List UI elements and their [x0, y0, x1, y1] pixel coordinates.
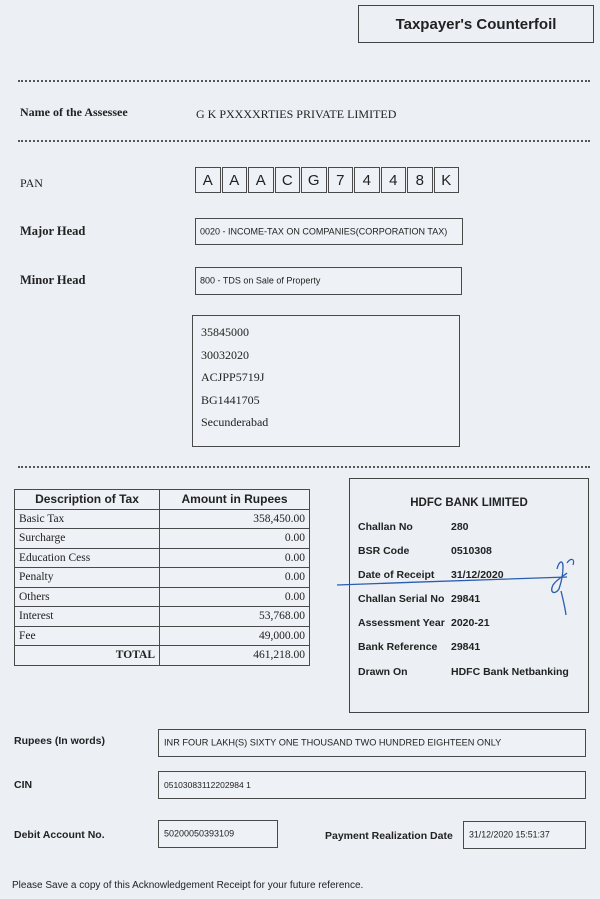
pan-char: 4	[381, 167, 407, 193]
pan-char: 8	[407, 167, 433, 193]
bank-row-key: Drawn On	[358, 666, 451, 678]
tax-table-header-row: Description of Tax Amount in Rupees	[15, 490, 310, 510]
tax-amount: 358,450.00	[160, 509, 310, 529]
tax-amount: 53,768.00	[160, 607, 310, 627]
payment-realization-label: Payment Realization Date	[325, 830, 453, 842]
pan-char: A	[222, 167, 248, 193]
tax-desc: Surcharge	[15, 529, 160, 549]
assessee-label: Name of the Assessee	[20, 105, 128, 120]
total-label: TOTAL	[15, 646, 160, 666]
total-amount: 461,218.00	[160, 646, 310, 666]
pan-label: PAN	[20, 176, 43, 191]
table-row: Interest53,768.00	[15, 607, 310, 627]
dotted-divider	[18, 140, 590, 142]
assessee-name: G K PXXXXRTIES PRIVATE LIMITED	[196, 107, 396, 122]
pan-char: G	[301, 167, 327, 193]
table-row: Fee49,000.00	[15, 626, 310, 646]
table-row: Basic Tax358,450.00	[15, 509, 310, 529]
pan-char: A	[248, 167, 274, 193]
rupees-in-words-field: INR FOUR LAKH(S) SIXTY ONE THOUSAND TWO …	[158, 729, 586, 757]
cin-value: 05103083112202984 1	[159, 781, 251, 790]
table-row: Others0.00	[15, 587, 310, 607]
bank-row-key: Challan No	[358, 521, 451, 533]
pan-char: 4	[354, 167, 380, 193]
cin-field: 05103083112202984 1	[158, 771, 586, 799]
debit-account-field: 50200050393109	[158, 820, 278, 848]
bank-row-value: 29841	[451, 641, 480, 653]
pan-char: C	[275, 167, 301, 193]
header-description: Description of Tax	[15, 490, 160, 510]
bank-row: Drawn OnHDFC Bank Netbanking	[358, 666, 569, 678]
table-row: Penalty0.00	[15, 568, 310, 588]
pan-char: 7	[328, 167, 354, 193]
bank-row-value: 280	[451, 521, 469, 533]
rupees-in-words-value: INR FOUR LAKH(S) SIXTY ONE THOUSAND TWO …	[159, 738, 501, 747]
payment-realization-value: 31/12/2020 15:51:37	[464, 831, 550, 840]
counterfoil-title: Taxpayer's Counterfoil	[396, 16, 557, 33]
tax-desc: Penalty	[15, 568, 160, 588]
major-head-value: 0020 - INCOME-TAX ON COMPANIES(CORPORATI…	[196, 227, 447, 236]
major-head-label: Major Head	[20, 224, 85, 239]
tax-desc: Fee	[15, 626, 160, 646]
address-line: BG1441705	[201, 389, 459, 412]
minor-head-label: Minor Head	[20, 273, 85, 288]
debit-account-value: 50200050393109	[159, 830, 234, 839]
tax-desc: Basic Tax	[15, 509, 160, 529]
bank-row-key: Bank Reference	[358, 641, 451, 653]
address-box: 35845000 30032020 ACJPP5719J BG1441705 S…	[192, 315, 460, 447]
rupees-in-words-label: Rupees (In words)	[14, 735, 105, 747]
address-line: Secunderabad	[201, 411, 459, 434]
minor-head-value: 800 - TDS on Sale of Property	[196, 277, 320, 286]
footer-note: Please Save a copy of this Acknowledgeme…	[12, 880, 363, 891]
bank-row-value: HDFC Bank Netbanking	[451, 666, 569, 678]
bank-name: HDFC BANK LIMITED	[350, 497, 588, 509]
counterfoil-title-box: Taxpayer's Counterfoil	[358, 5, 594, 43]
dotted-divider	[18, 80, 590, 82]
address-line: ACJPP5719J	[201, 366, 459, 389]
debit-account-label: Debit Account No.	[14, 829, 105, 841]
tax-amount: 49,000.00	[160, 626, 310, 646]
address-line: 35845000	[201, 321, 459, 344]
tax-amount: 0.00	[160, 587, 310, 607]
pan-boxes: A A A C G 7 4 4 8 K	[195, 167, 460, 193]
major-head-field: 0020 - INCOME-TAX ON COMPANIES(CORPORATI…	[195, 218, 463, 245]
pan-char: K	[434, 167, 460, 193]
tax-desc: Education Cess	[15, 548, 160, 568]
payment-realization-field: 31/12/2020 15:51:37	[463, 821, 586, 849]
bank-row: Bank Reference29841	[358, 641, 480, 653]
tax-amount: 0.00	[160, 548, 310, 568]
address-line: 30032020	[201, 344, 459, 367]
table-row: Surcharge0.00	[15, 529, 310, 549]
dotted-divider	[18, 466, 590, 468]
minor-head-field: 800 - TDS on Sale of Property	[195, 267, 462, 295]
total-row: TOTAL461,218.00	[15, 646, 310, 666]
tax-amount: 0.00	[160, 529, 310, 549]
tax-desc: Interest	[15, 607, 160, 627]
pan-char: A	[195, 167, 221, 193]
tax-amount: 0.00	[160, 568, 310, 588]
tax-desc: Others	[15, 587, 160, 607]
signature-icon	[335, 555, 585, 620]
tax-table: Description of Tax Amount in Rupees Basi…	[14, 489, 310, 666]
cin-label: CIN	[14, 779, 32, 791]
header-amount: Amount in Rupees	[160, 490, 310, 510]
bank-row: Challan No280	[358, 521, 469, 533]
table-row: Education Cess0.00	[15, 548, 310, 568]
